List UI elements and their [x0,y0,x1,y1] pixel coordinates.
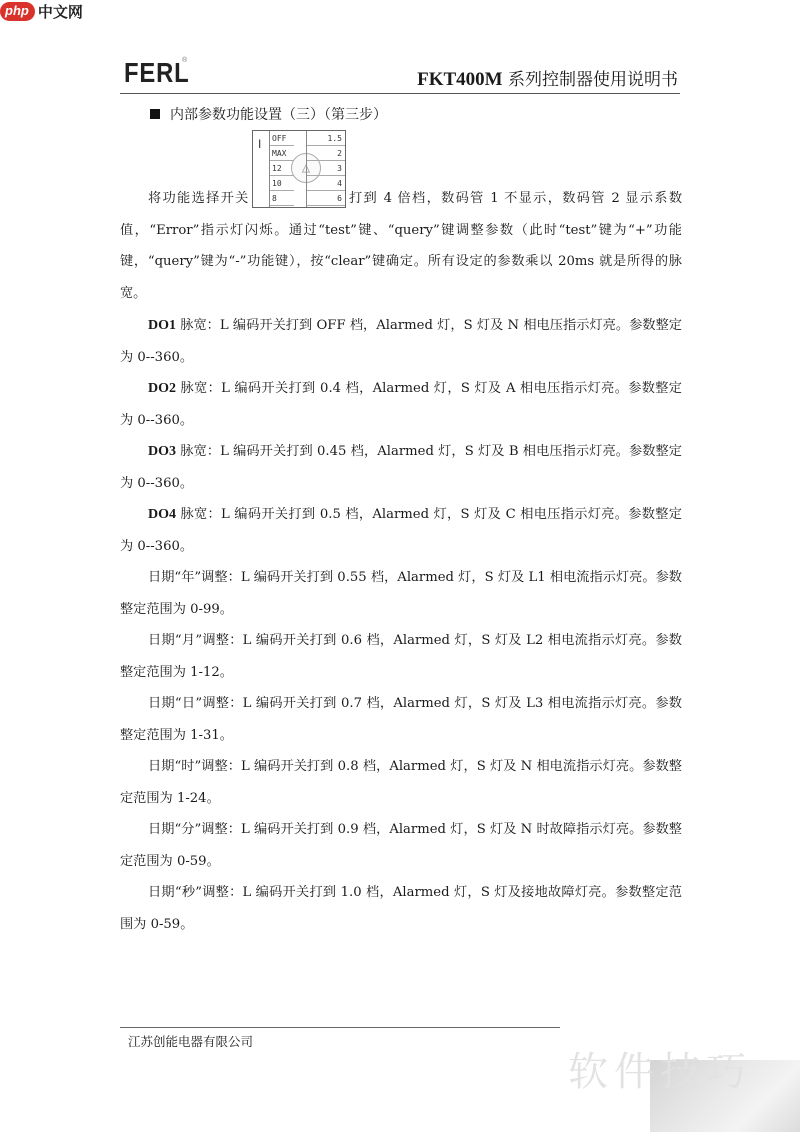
param-paragraph-do4: DO4 脉宽：L 编码开关打到 0.5 档，Alarmed 灯，S 灯及 C 相… [120,499,682,562]
param-text: 日期“时”调整：L 编码开关打到 0.8 档，Alarmed 灯，S 灯及 N … [120,759,682,806]
param-text: 日期“日”调整：L 编码开关打到 0.7 档，Alarmed 灯，S 灯及 L3… [120,696,682,743]
param-text: 日期“年”调整：L 编码开关打到 0.55 档，Alarmed 灯，S 灯及 L… [120,570,682,617]
switch-position: 1.5 [307,131,345,146]
intro-paragraph: 将功能选择开关打到 4 倍档，数码管 1 不显示，数码管 2 显示系数值，“Er… [120,183,682,309]
document-title-text: 系列控制器使用说明书 [503,70,678,90]
param-label: DO3 [148,444,176,459]
php-badge: php [0,2,35,21]
param-text: 脉宽：L 编码开关打到 0.4 档，Alarmed 灯，S 灯及 A 相电压指示… [120,381,682,428]
switch-position: 3 [307,161,345,176]
param-text: 脉宽：L 编码开关打到 OFF 档，Alarmed 灯，S 灯及 N 相电压指示… [120,318,682,365]
param-label: DO1 [148,318,176,333]
param-paragraph-do3: DO3 脉宽：L 编码开关打到 0.45 档，Alarmed 灯，S 灯及 B … [120,436,682,499]
switch-label: I [258,137,261,151]
bullet-square-icon [150,109,160,119]
intro-before-switch: 将功能选择开关 [120,191,250,206]
param-text: 脉宽：L 编码开关打到 0.5 档，Alarmed 灯，S 灯及 C 相电压指示… [120,507,682,554]
registered-mark: ® [182,57,187,64]
param-text: 日期“分”调整：L 编码开关打到 0.9 档，Alarmed 灯，S 灯及 N … [120,822,682,869]
param-paragraph-hour: 日期“时”调整：L 编码开关打到 0.8 档，Alarmed 灯，S 灯及 N … [120,751,682,814]
page-header: FERL ® FKT400M 系列控制器使用说明书 [120,55,680,94]
param-label: DO2 [148,381,176,396]
model-name: FKT400M [417,69,503,90]
param-paragraph-do2: DO2 脉宽：L 编码开关打到 0.4 档，Alarmed 灯，S 灯及 A 相… [120,373,682,436]
footer-company: 江苏创能电器有限公司 [128,1032,253,1050]
document-title: FKT400M 系列控制器使用说明书 [417,65,678,91]
param-text: 日期“月”调整：L 编码开关打到 0.6 档，Alarmed 灯，S 灯及 L2… [120,633,682,680]
switch-position: OFF [270,131,294,146]
param-text: 脉宽：L 编码开关打到 0.45 档，Alarmed 灯，S 灯及 B 相电压指… [120,444,682,491]
intro-after-switch: 打到 4 倍档，数码管 1 不显示，数码管 2 显示系数值，“Error”指示灯… [120,191,682,301]
param-paragraph-second: 日期“秒”调整：L 编码开关打到 1.0 档，Alarmed 灯，S 灯及接地故… [120,877,682,940]
param-paragraph-do1: DO1 脉宽：L 编码开关打到 OFF 档，Alarmed 灯，S 灯及 N 相… [120,310,682,373]
param-label: DO4 [148,507,176,522]
brand-logo: FERL [124,57,190,89]
param-paragraph-year: 日期“年”调整：L 编码开关打到 0.55 档，Alarmed 灯，S 灯及 L… [120,562,682,625]
footer-divider [120,1027,560,1028]
switch-position: MAX [270,146,294,161]
param-paragraph-month: 日期“月”调整：L 编码开关打到 0.6 档，Alarmed 灯，S 灯及 L2… [120,625,682,688]
section-heading-text: 内部参数功能设置（三）（第三步） [170,107,387,123]
switch-position: 2 [307,146,345,161]
site-watermark-logo: php 中文网 [0,0,83,22]
site-name: 中文网 [38,1,83,22]
corner-watermark: 软件技巧 [568,1040,752,1097]
param-paragraph-minute: 日期“分”调整：L 编码开关打到 0.9 档，Alarmed 灯，S 灯及 N … [120,814,682,877]
section-heading: 内部参数功能设置（三）（第三步） [150,104,387,124]
param-paragraph-day: 日期“日”调整：L 编码开关打到 0.7 档，Alarmed 灯，S 灯及 L3… [120,688,682,751]
param-text: 日期“秒”调整：L 编码开关打到 1.0 档，Alarmed 灯，S 灯及接地故… [120,885,682,932]
